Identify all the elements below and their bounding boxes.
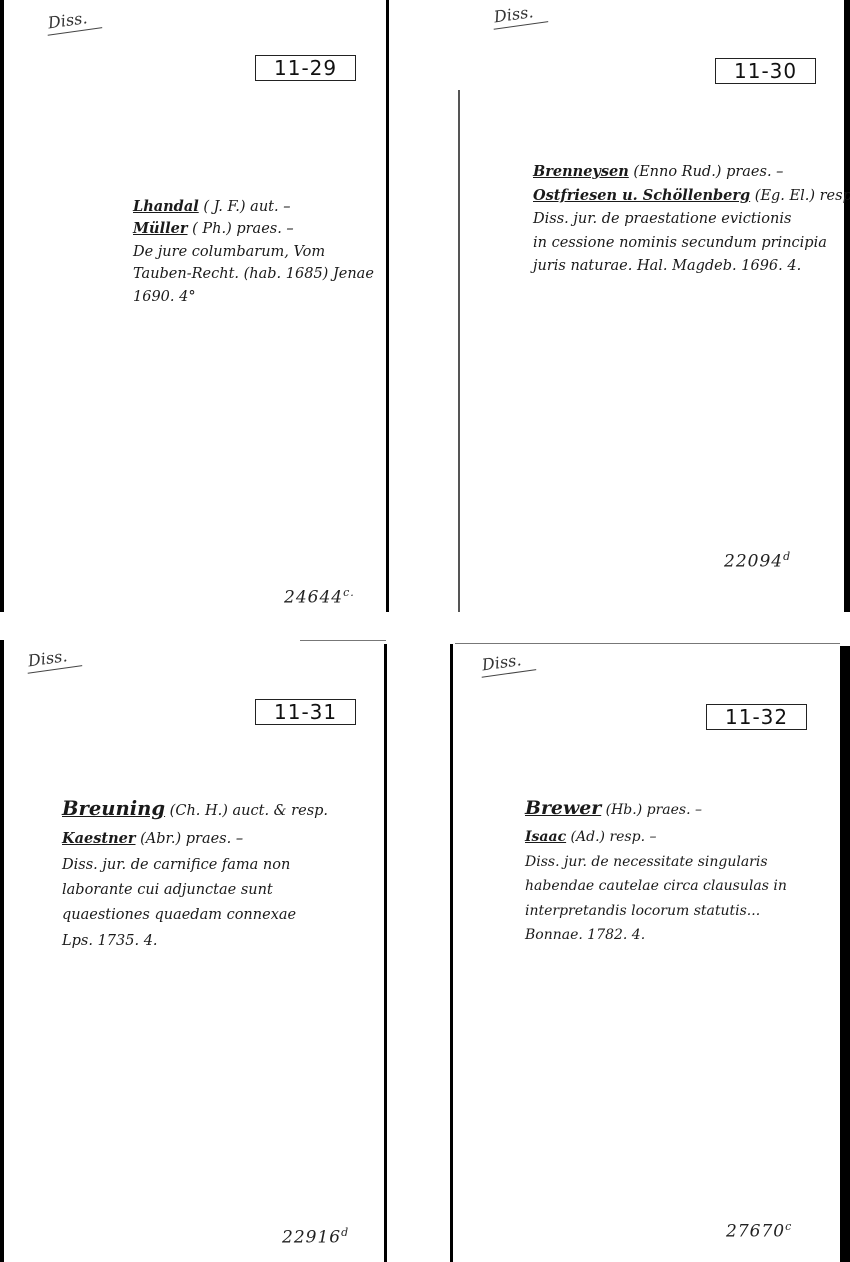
entry-line: interpretandis locorum statutis... bbox=[525, 899, 787, 924]
accession-number: 22094d bbox=[724, 550, 791, 572]
scan-edge-divider-top-right bbox=[458, 90, 460, 612]
scan-edge-left-top bbox=[0, 0, 4, 612]
entry-line: Müller ( Ph.) praes. – bbox=[133, 218, 374, 240]
card-label: Diss. bbox=[45, 6, 103, 36]
entry-line: Brewer (Hb.) praes. – bbox=[525, 792, 787, 825]
entry-line: Diss. jur. de praestatione evictionis bbox=[533, 208, 850, 231]
entry-line: habendae cautelae circa clausulas in bbox=[525, 874, 787, 899]
scan-edge-divider-top bbox=[386, 0, 389, 612]
accession-number: 24644c. bbox=[284, 586, 355, 608]
card-top-edge-4 bbox=[455, 643, 840, 644]
card-entry: Brewer (Hb.) praes. – Isaac (Ad.) resp. … bbox=[525, 792, 787, 948]
scan-edge-divider-bottom-left bbox=[384, 644, 387, 1262]
card-entry: Lhandal ( J. F.) aut. – Müller ( Ph.) pr… bbox=[133, 196, 374, 308]
entry-line: laborante cui adjunctae sunt bbox=[62, 878, 328, 903]
scan-edge-right-bottom bbox=[840, 646, 850, 1262]
card-label: Diss. bbox=[479, 648, 537, 678]
entry-line: in cessione nominis secundum principia bbox=[533, 232, 850, 255]
entry-line: Ostfriesen u. Schöllenberg (Eg. El.) res… bbox=[533, 184, 850, 208]
entry-line: Brenneysen (Enno Rud.) praes. – bbox=[533, 160, 850, 184]
card-top-edge-3 bbox=[300, 640, 386, 641]
scan-edge-left-bottom bbox=[0, 640, 4, 1262]
card-label: Diss. bbox=[25, 644, 83, 674]
entry-line: Lhandal ( J. F.) aut. – bbox=[133, 196, 374, 218]
entry-line: Kaestner (Abr.) praes. – bbox=[62, 826, 328, 852]
scan-edge-divider-bottom-right bbox=[450, 644, 453, 1262]
call-number: 11-32 bbox=[706, 704, 807, 730]
entry-line: De jure columbarum, Vom bbox=[133, 241, 374, 263]
entry-line: Breuning (Ch. H.) auct. & resp. bbox=[62, 792, 328, 826]
call-number: 11-30 bbox=[715, 58, 816, 84]
entry-line: 1690. 4° bbox=[133, 286, 374, 308]
call-number: 11-31 bbox=[255, 699, 356, 725]
entry-line: Diss. jur. de carnifice fama non bbox=[62, 853, 328, 878]
card-label: Diss. bbox=[491, 0, 549, 30]
entry-line: Isaac (Ad.) resp. – bbox=[525, 825, 787, 850]
entry-line: Tauben-Recht. (hab. 1685) Jenae bbox=[133, 263, 374, 285]
call-number: 11-29 bbox=[255, 55, 356, 81]
entry-line: Bonnae. 1782. 4. bbox=[525, 923, 787, 948]
entry-line: juris naturae. Hal. Magdeb. 1696. 4. bbox=[533, 255, 850, 278]
scan-edge-right-top bbox=[844, 0, 850, 612]
accession-number: 27670c bbox=[726, 1220, 792, 1242]
card-entry: Brenneysen (Enno Rud.) praes. – Ostfries… bbox=[533, 160, 850, 278]
entry-line: Diss. jur. de necessitate singularis bbox=[525, 850, 787, 875]
accession-number: 22916d bbox=[282, 1226, 349, 1248]
entry-line: Lps. 1735. 4. bbox=[62, 929, 328, 954]
entry-line: quaestiones quaedam connexae bbox=[62, 903, 328, 928]
card-entry: Breuning (Ch. H.) auct. & resp. Kaestner… bbox=[62, 792, 328, 954]
